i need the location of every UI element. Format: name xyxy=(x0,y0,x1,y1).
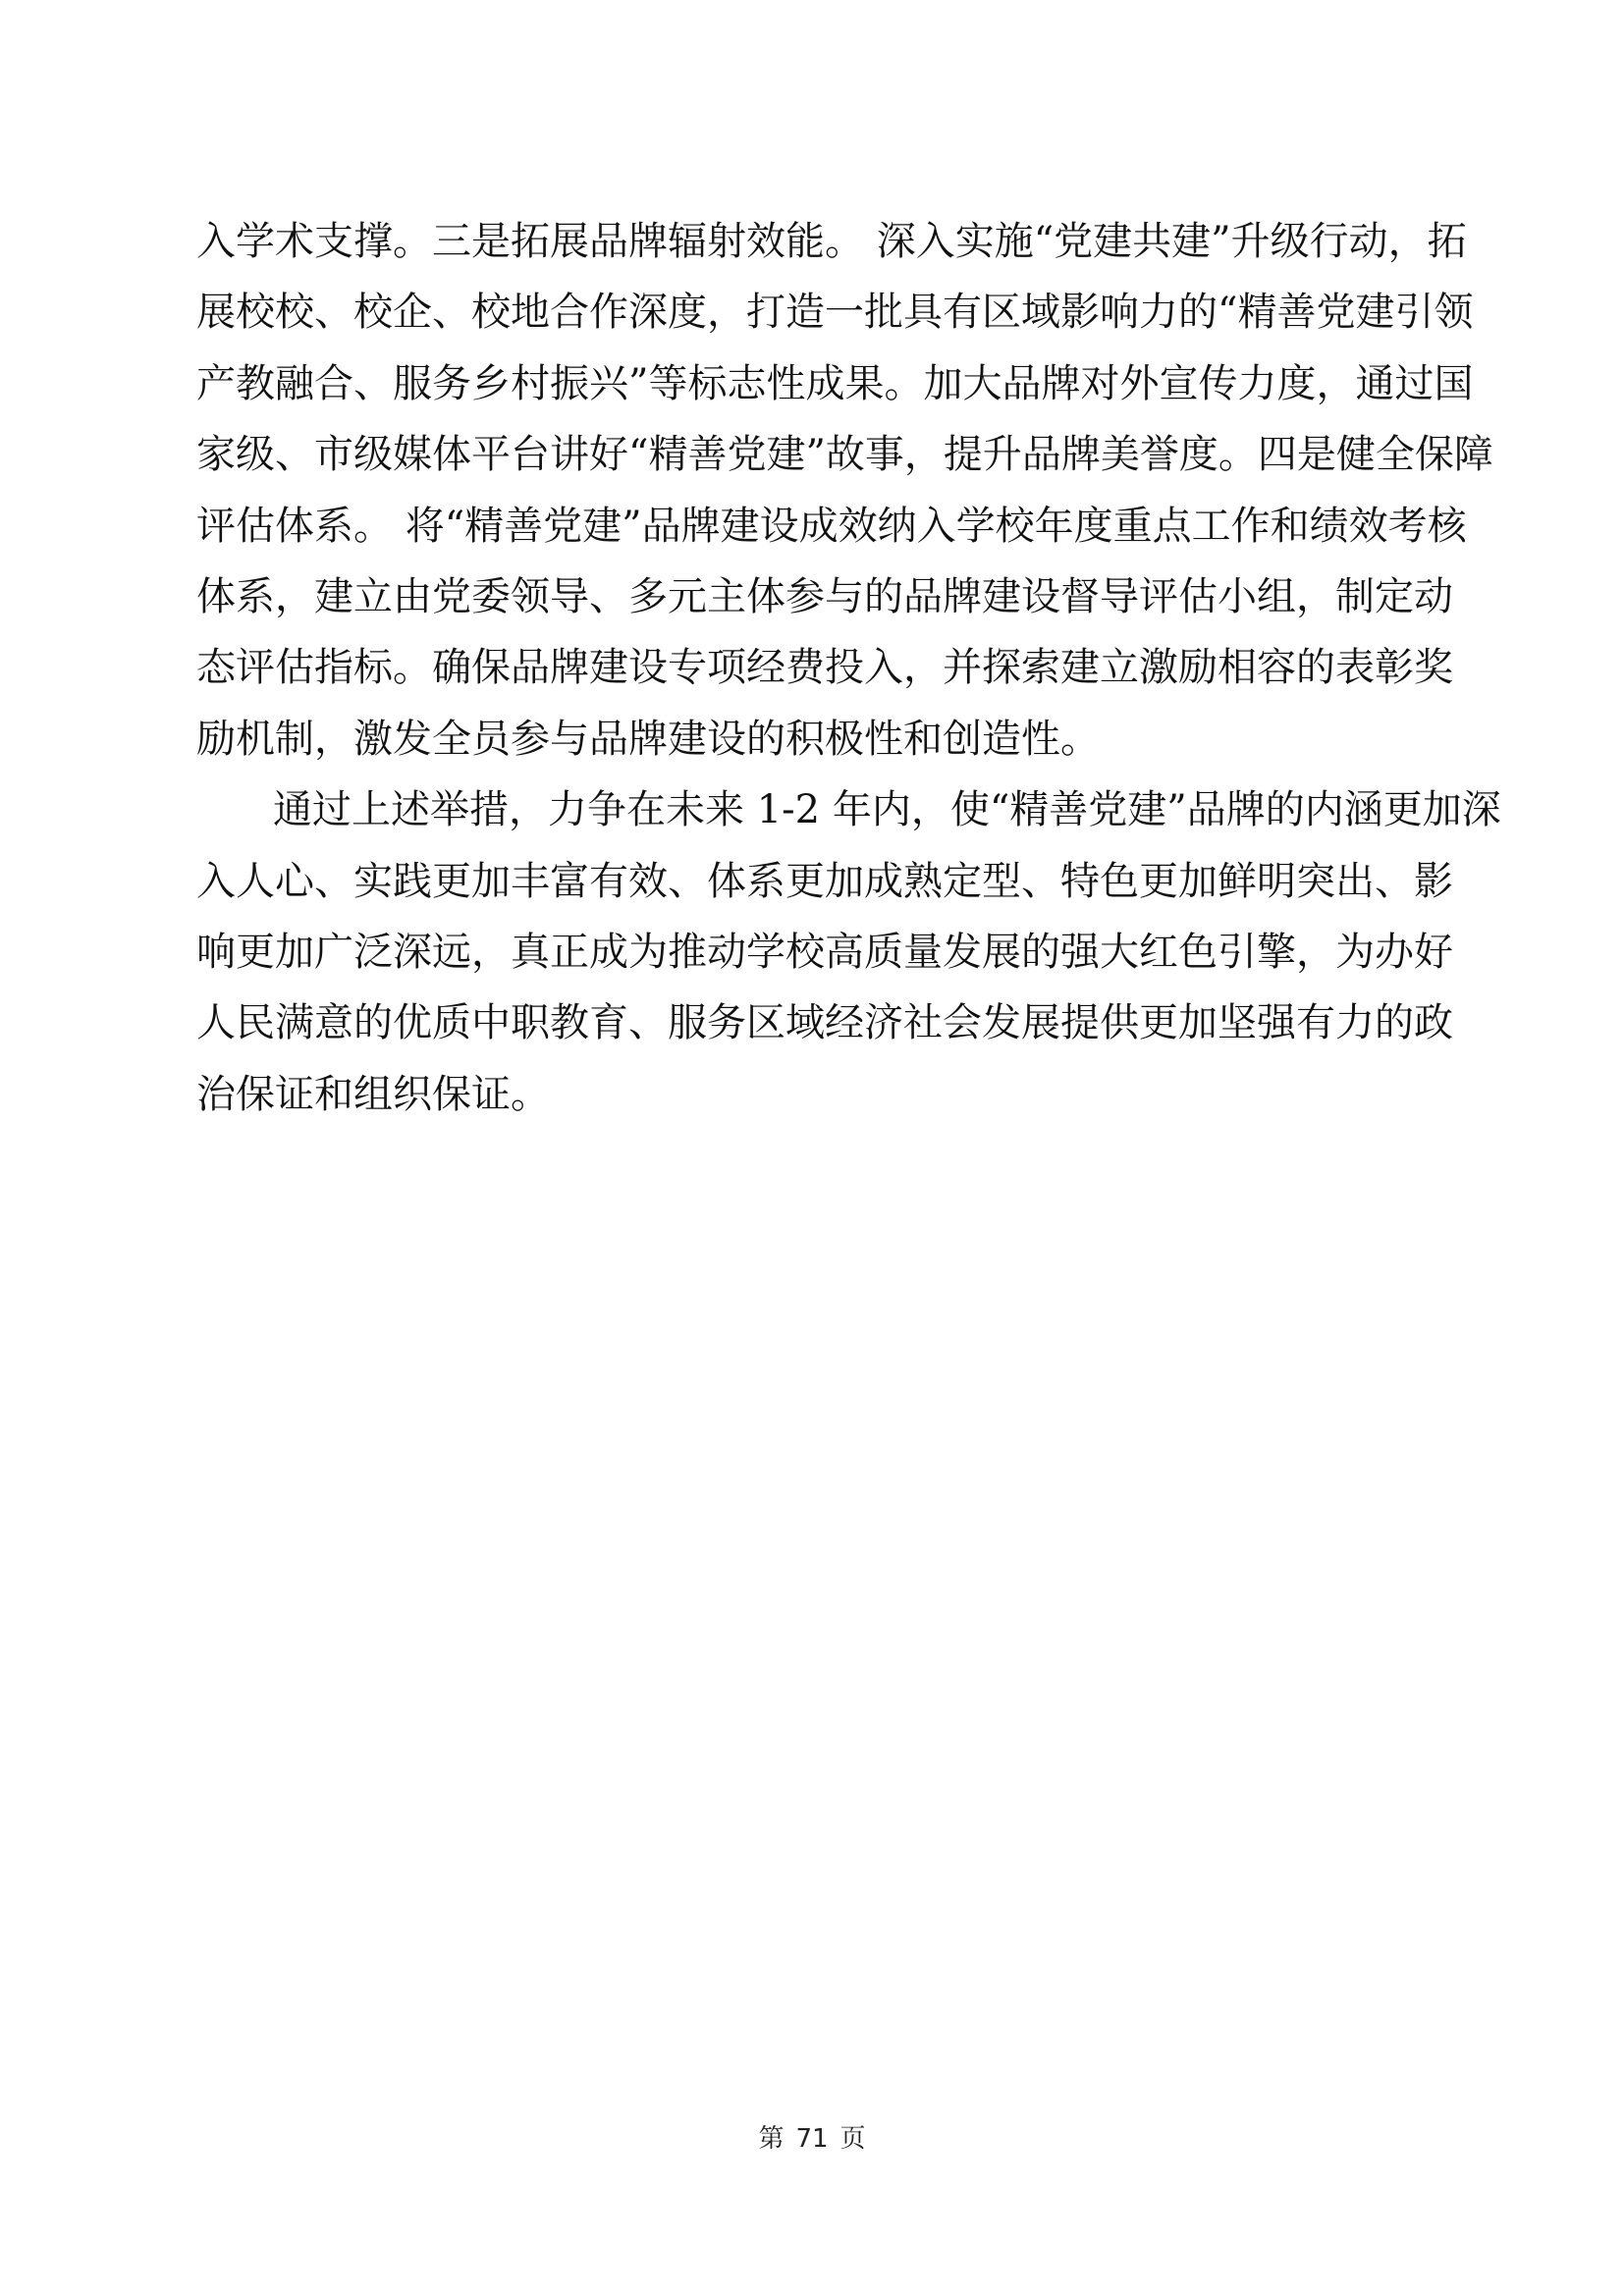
text-line: 治保证和组织保证。 xyxy=(196,1071,1426,1142)
page-label-prefix: 第 xyxy=(758,2124,784,2154)
text-line: 评估体系。 将“精善党建”品牌建设成效纳入学校年度重点工作和绩效考核 xyxy=(196,503,1426,573)
paragraph-2: 通过上述举措，力争在未来 1-2 年内，使“精善党建”品牌的内涵更加深 入人心、… xyxy=(196,786,1426,1142)
text-line: 态评估指标。确保品牌建设专项经费投入，并探索建立激励相容的表彰奖 xyxy=(196,644,1426,715)
text-line: 励机制，激发全员参与品牌建设的积极性和创造性。 xyxy=(196,716,1426,786)
text-line: 入人心、实践更加丰富有效、体系更加成熟定型、特色更加鲜明突出、影 xyxy=(196,858,1426,929)
text-line: 入学术支撑。三是拓展品牌辐射效能。 深入实施“党建共建”升级行动，拓 xyxy=(196,218,1426,289)
text-line: 体系，建立由党委领导、多元主体参与的品牌建设督导评估小组，制定动 xyxy=(196,573,1426,644)
text-line: 家级、市级媒体平台讲好“精善党建”故事，提升品牌美誉度。四是健全保障 xyxy=(196,431,1426,502)
text-line: 人民满意的优质中职教育、服务区域经济社会发展提供更加坚强有力的政 xyxy=(196,999,1426,1070)
body-text: 入学术支撑。三是拓展品牌辐射效能。 深入实施“党建共建”升级行动，拓 展校校、校… xyxy=(196,218,1426,1142)
page-label-suffix: 页 xyxy=(840,2124,866,2154)
page-number: 71 xyxy=(795,2124,828,2154)
page-footer: 第71页 xyxy=(0,2118,1624,2155)
text-line: 通过上述举措，力争在未来 1-2 年内，使“精善党建”品牌的内涵更加深 xyxy=(196,786,1426,857)
paragraph-1: 入学术支撑。三是拓展品牌辐射效能。 深入实施“党建共建”升级行动，拓 展校校、校… xyxy=(196,218,1426,786)
text-line: 展校校、校企、校地合作深度，打造一批具有区域影响力的“精善党建引领 xyxy=(196,289,1426,359)
text-line: 产教融合、服务乡村振兴”等标志性成果。加大品牌对外宣传力度，通过国 xyxy=(196,360,1426,431)
document-page: 入学术支撑。三是拓展品牌辐射效能。 深入实施“党建共建”升级行动，拓 展校校、校… xyxy=(0,0,1624,2296)
text-line: 响更加广泛深远，真正成为推动学校高质量发展的强大红色引擎，为办好 xyxy=(196,929,1426,999)
